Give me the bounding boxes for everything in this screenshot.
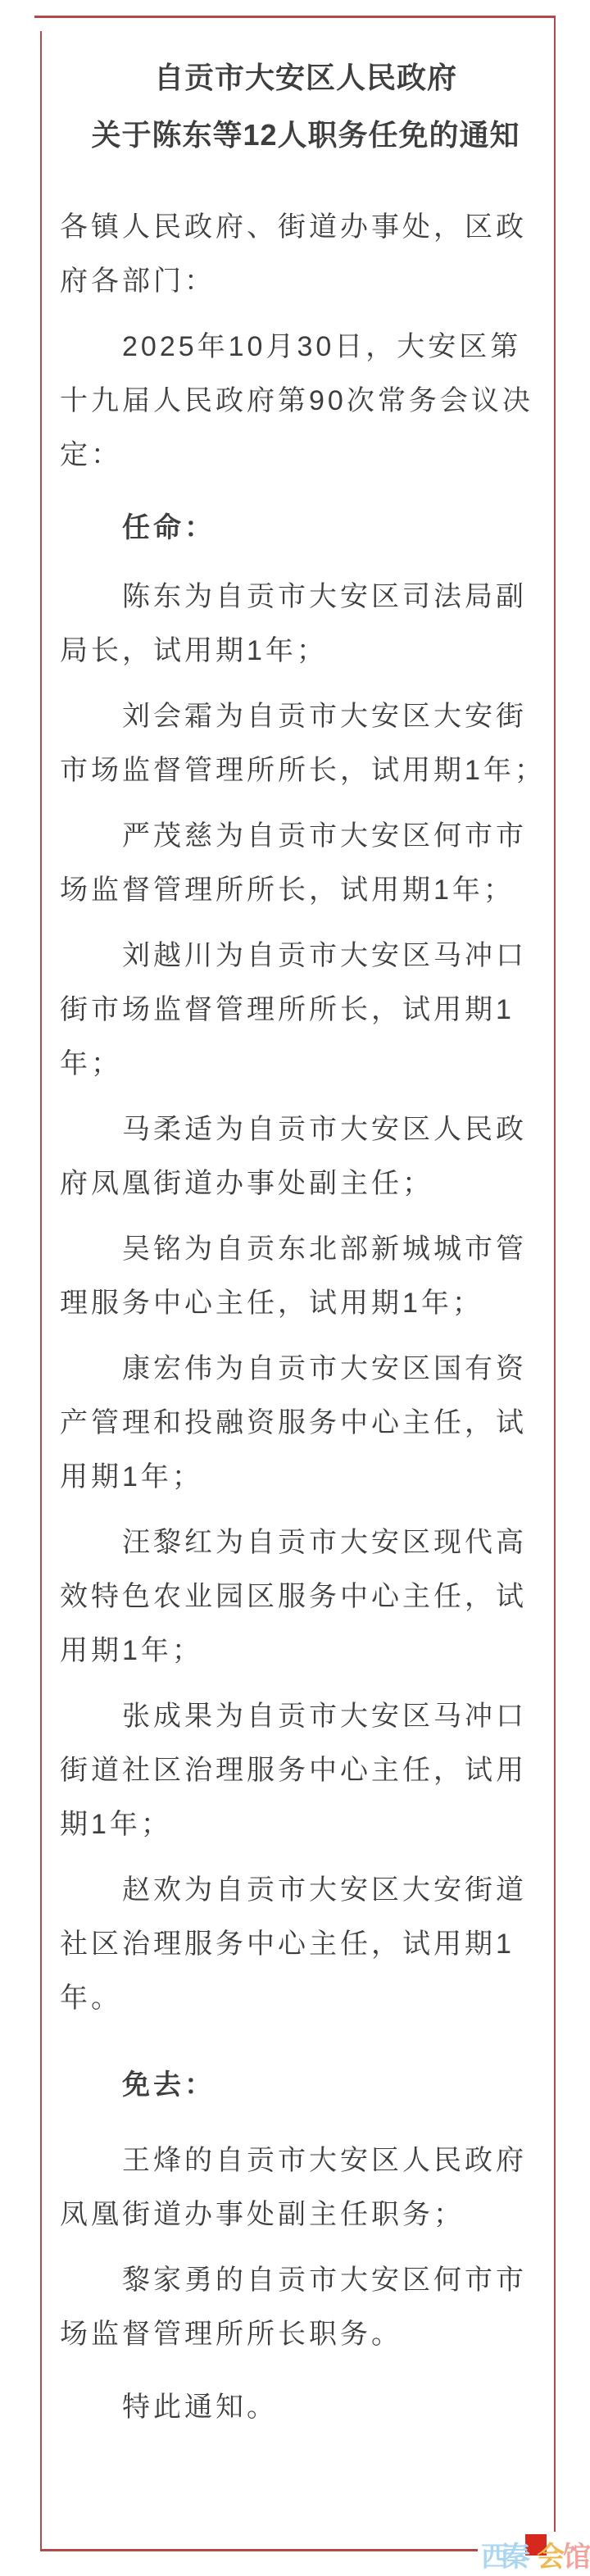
- appointment-item: 康宏伟为自贡市大安区国有资 产管理和投融资服务中心主任，试 用期1年；: [60, 1342, 551, 1504]
- appointment-item: 陈东为自贡市大安区司法局副 局长，试用期1年；: [60, 570, 551, 678]
- appointment-item: 汪黎红为自贡市大安区现代高 效特色农业园区服务中心主任，试 用期1年；: [60, 1515, 551, 1678]
- notice-page: { "colors": { "frame_border": "#b2494a",…: [0, 0, 590, 2576]
- addressee-line: 各镇人民政府、街道办事处，区政 府各部门：: [60, 200, 551, 308]
- dismissals-header: 免去：: [60, 2058, 551, 2112]
- frame-bottom-line: [40, 2549, 493, 2551]
- closing-line: 特此通知。: [60, 2380, 551, 2434]
- meeting-decision-paragraph: 2025年10月30日，大安区第 十九届人民政府第90次常务会议决 定：: [60, 320, 551, 482]
- logo-char-hui: 会: [537, 2543, 565, 2571]
- logo-char-qin: 秦: [502, 2543, 530, 2571]
- appointment-item: 刘会霜为自贡市大安区大安街 市场监督管理所所长，试用期1年；: [60, 689, 551, 797]
- appointment-item: 刘越川为自贡市大安区马冲口 街市场监督管理所所长，试用期1 年；: [60, 929, 551, 1091]
- appointments-header: 任命：: [60, 501, 551, 555]
- logo-char-guan: 馆: [563, 2543, 590, 2571]
- appointment-item: 吴铭为自贡东北部新城城市管 理服务中心主任，试用期1年；: [60, 1222, 551, 1330]
- notice-title: 自贡市大安区人民政府 关于陈东等12人职务任免的通知: [60, 49, 551, 164]
- xiqin-huiguan-watermark: 西 秦 会 馆: [478, 2532, 590, 2576]
- dismissal-item: 黎家勇的自贡市大安区何市市 场监督管理所所长职务。: [60, 2253, 551, 2361]
- appointment-item: 马柔适为自贡市大安区人民政 府凤凰街道办事处副主任；: [60, 1102, 551, 1211]
- appointment-item: 赵欢为自贡市大安区大安街道 社区治理服务中心主任，试用期1 年。: [60, 1863, 551, 2025]
- notice-body: 自贡市大安区人民政府 关于陈东等12人职务任免的通知 各镇人民政府、街道办事处，…: [0, 0, 590, 2434]
- appointment-item: 张成果为自贡市大安区马冲口 街道社区治理服务中心主任，试用 期1年；: [60, 1689, 551, 1851]
- dismissal-item: 王烽的自贡市大安区人民政府 凤凰街道办事处副主任职务；: [60, 2133, 551, 2242]
- appointment-item: 严茂慈为自贡市大安区何市市 场监督管理所所长，试用期1年；: [60, 809, 551, 917]
